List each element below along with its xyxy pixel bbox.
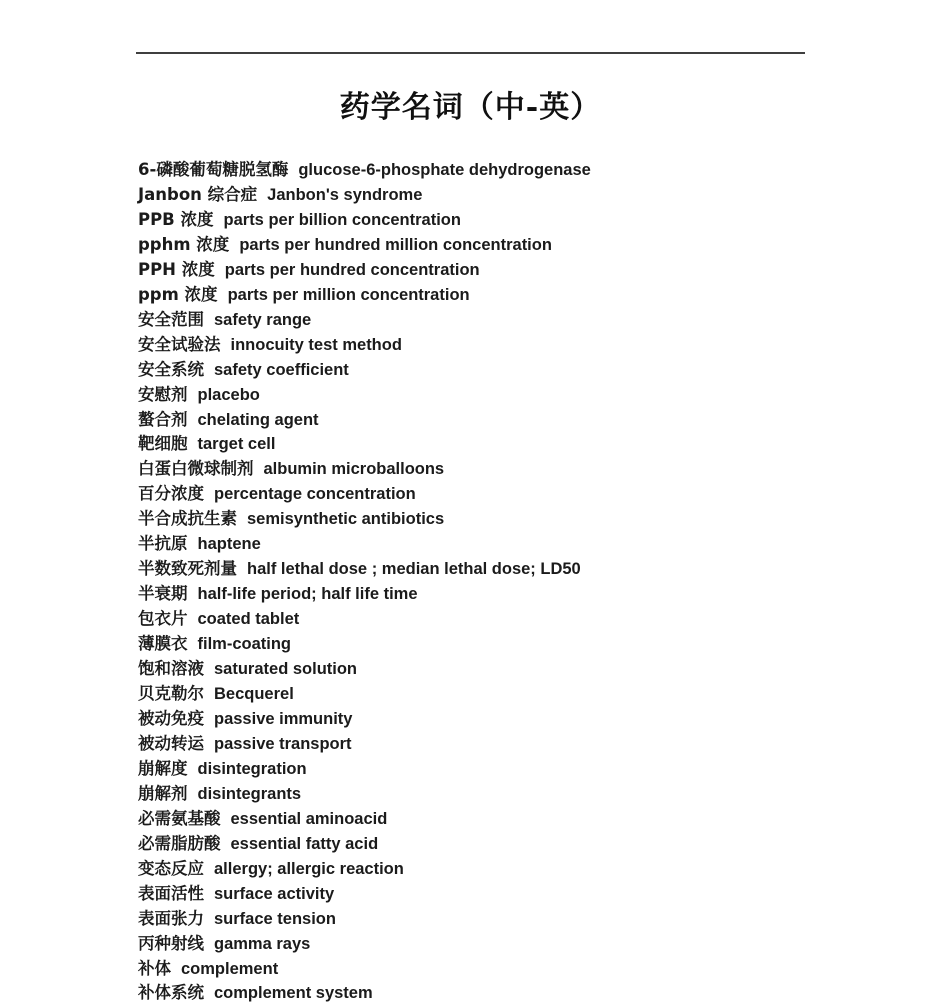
term-chinese: 安慰剂: [138, 385, 188, 404]
term-english: percentage concentration: [214, 485, 416, 503]
term-chinese: 半抗原: [138, 534, 188, 553]
term-english: allergy; allergic reaction: [214, 860, 404, 878]
term-chinese: 安全系统: [138, 360, 204, 379]
term-list: 6-磷酸葡萄糖脱氢酶glucose-6-phosphate dehydrogen…: [138, 158, 878, 1006]
term-row: 靶细胞target cell: [138, 432, 878, 457]
term-chinese: 半衰期: [138, 584, 188, 603]
term-row: 白蛋白微球制剂albumin microballoons: [138, 457, 878, 482]
term-row: 被动免疫passive immunity: [138, 707, 878, 732]
term-english: essential fatty acid: [231, 835, 379, 853]
term-row: 薄膜衣film-coating: [138, 632, 878, 657]
term-row: 半抗原haptene: [138, 532, 878, 557]
term-chinese: 靶细胞: [138, 434, 188, 453]
term-english: parts per million concentration: [228, 286, 470, 304]
term-row: 贝克勒尔Becquerel: [138, 682, 878, 707]
term-row: 必需氨基酸essential aminoacid: [138, 807, 878, 832]
term-chinese: ppm 浓度: [138, 285, 218, 304]
term-english: film-coating: [198, 635, 292, 653]
term-english: semisynthetic antibiotics: [247, 510, 444, 528]
term-row: 包衣片coated tablet: [138, 607, 878, 632]
term-chinese: 贝克勒尔: [138, 684, 204, 703]
term-row: 崩解剂disintegrants: [138, 782, 878, 807]
term-chinese: 崩解剂: [138, 784, 188, 803]
term-row: 半数致死剂量half lethal dose ; median lethal d…: [138, 557, 878, 582]
term-row: 半衰期half-life period; half life time: [138, 582, 878, 607]
term-chinese: 被动转运: [138, 734, 204, 753]
term-chinese: 崩解度: [138, 759, 188, 778]
term-chinese: 薄膜衣: [138, 634, 188, 653]
term-row: PPH 浓度parts per hundred concentration: [138, 258, 878, 283]
term-row: 丙种射线gamma rays: [138, 932, 878, 957]
term-row: 崩解度disintegration: [138, 757, 878, 782]
term-english: parts per hundred million concentration: [239, 236, 552, 254]
term-row: 螯合剂chelating agent: [138, 408, 878, 433]
term-row: 安慰剂placebo: [138, 383, 878, 408]
term-english: haptene: [198, 535, 261, 553]
term-row: 6-磷酸葡萄糖脱氢酶glucose-6-phosphate dehydrogen…: [138, 158, 878, 183]
term-english: half-life period; half life time: [198, 585, 418, 603]
term-row: 必需脂肪酸essential fatty acid: [138, 832, 878, 857]
term-chinese: 丙种射线: [138, 934, 204, 953]
term-row: 被动转运passive transport: [138, 732, 878, 757]
term-english: passive transport: [214, 735, 352, 753]
term-chinese: PPB 浓度: [138, 210, 214, 229]
term-chinese: 安全试验法: [138, 335, 221, 354]
term-chinese: 必需脂肪酸: [138, 834, 221, 853]
term-chinese: 螯合剂: [138, 410, 188, 429]
term-english: coated tablet: [198, 610, 300, 628]
term-english: safety range: [214, 311, 311, 329]
term-english: target cell: [198, 435, 276, 453]
term-english: disintegrants: [198, 785, 302, 803]
term-chinese: 变态反应: [138, 859, 204, 878]
term-english: passive immunity: [214, 710, 352, 728]
term-english: parts per billion concentration: [224, 211, 461, 229]
term-chinese: 表面活性: [138, 884, 204, 903]
term-chinese: 安全范围: [138, 310, 204, 329]
term-row: 变态反应allergy; allergic reaction: [138, 857, 878, 882]
term-chinese: 表面张力: [138, 909, 204, 928]
term-english: half lethal dose ; median lethal dose; L…: [247, 560, 581, 578]
term-english: saturated solution: [214, 660, 357, 678]
term-chinese: PPH 浓度: [138, 260, 215, 279]
term-row: 饱和溶液saturated solution: [138, 657, 878, 682]
term-english: innocuity test method: [231, 336, 402, 354]
term-row: 补体complement: [138, 957, 878, 982]
term-chinese: 百分浓度: [138, 484, 204, 503]
term-english: safety coefficient: [214, 361, 349, 379]
term-chinese: 被动免疫: [138, 709, 204, 728]
document-page: 药学名词（中-英） 6-磷酸葡萄糖脱氢酶glucose-6-phosphate …: [0, 0, 930, 1008]
term-row: PPB 浓度parts per billion concentration: [138, 208, 878, 233]
term-english: surface activity: [214, 885, 334, 903]
term-chinese: Janbon 综合症: [138, 185, 257, 204]
term-english: Becquerel: [214, 685, 294, 703]
term-row: 安全试验法innocuity test method: [138, 333, 878, 358]
term-english: albumin microballoons: [264, 460, 445, 478]
term-chinese: 半合成抗生素: [138, 509, 237, 528]
term-chinese: 补体系统: [138, 983, 204, 1002]
term-row: ppm 浓度parts per million concentration: [138, 283, 878, 308]
term-chinese: 饱和溶液: [138, 659, 204, 678]
term-row: pphm 浓度parts per hundred million concent…: [138, 233, 878, 258]
page-title: 药学名词（中-英）: [136, 82, 805, 126]
term-chinese: 6-磷酸葡萄糖脱氢酶: [138, 160, 288, 179]
term-row: 安全范围safety range: [138, 308, 878, 333]
term-english: parts per hundred concentration: [225, 261, 480, 279]
term-row: 补体系统complement system: [138, 981, 878, 1006]
term-english: gamma rays: [214, 935, 310, 953]
term-row: 表面活性surface activity: [138, 882, 878, 907]
header-divider: [136, 52, 805, 54]
term-english: disintegration: [198, 760, 307, 778]
term-row: 表面张力surface tension: [138, 907, 878, 932]
term-english: complement: [181, 960, 278, 978]
term-row: 半合成抗生素semisynthetic antibiotics: [138, 507, 878, 532]
term-chinese: pphm 浓度: [138, 235, 229, 254]
term-chinese: 半数致死剂量: [138, 559, 237, 578]
term-english: placebo: [198, 386, 260, 404]
term-row: 百分浓度percentage concentration: [138, 482, 878, 507]
term-row: 安全系统safety coefficient: [138, 358, 878, 383]
term-english: complement system: [214, 984, 373, 1002]
term-chinese: 补体: [138, 959, 171, 978]
term-row: Janbon 综合症Janbon's syndrome: [138, 183, 878, 208]
term-english: essential aminoacid: [231, 810, 388, 828]
term-chinese: 白蛋白微球制剂: [138, 459, 254, 478]
term-english: Janbon's syndrome: [267, 186, 422, 204]
term-english: glucose-6-phosphate dehydrogenase: [298, 161, 590, 179]
term-english: chelating agent: [198, 411, 319, 429]
term-chinese: 必需氨基酸: [138, 809, 221, 828]
term-english: surface tension: [214, 910, 336, 928]
term-chinese: 包衣片: [138, 609, 188, 628]
